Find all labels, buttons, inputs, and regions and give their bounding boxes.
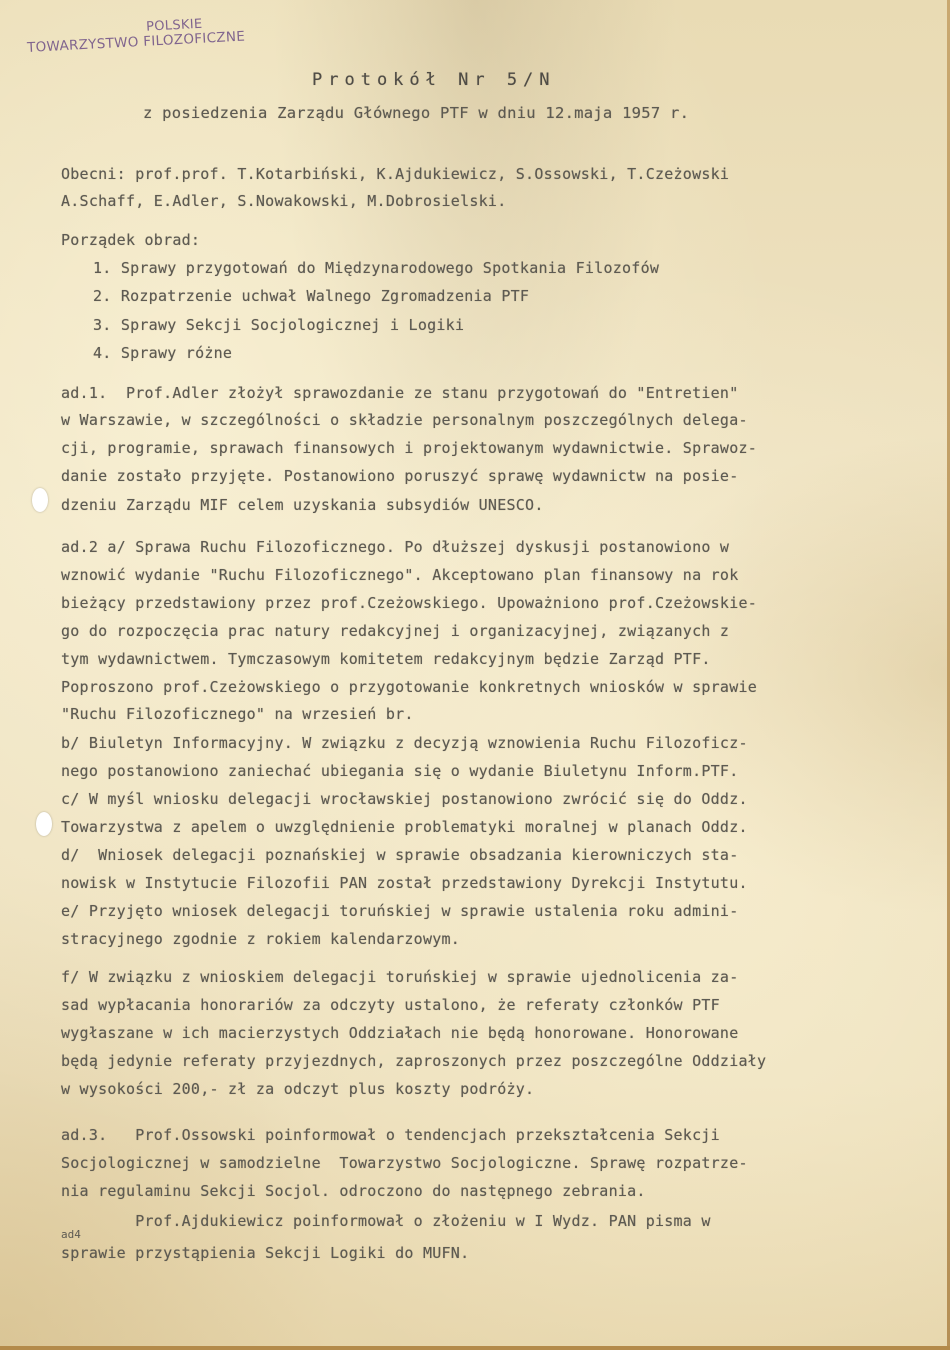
section-ad2-line: d/ Wniosek delegacji poznańskiej w spraw… bbox=[61, 846, 739, 864]
agenda-item: 1. Sprawy przygotowań do Międzynarodoweg… bbox=[93, 259, 659, 277]
section-ad2-line: b/ Biuletyn Informacyjny. W związku z de… bbox=[61, 734, 748, 752]
section-ad1-line: cji, programie, sprawach finansowych i p… bbox=[61, 439, 757, 457]
section-ad2-line: będą jedynie referaty przyjezdnych, zapr… bbox=[61, 1052, 766, 1070]
section-ad2-line: w wysokości 200,- zł za odczyt plus kosz… bbox=[61, 1080, 534, 1098]
section-ad2-line: go do rozpoczęcia prac natury redakcyjne… bbox=[61, 622, 729, 640]
section-ad3-line: Prof.Ajdukiewicz poinformował o złożeniu… bbox=[61, 1212, 711, 1230]
section-ad2-line: stracyjnego zgodnie z rokiem kalendarzow… bbox=[61, 930, 460, 948]
section-ad2-line: Poproszono prof.Czeżowskiego o przygotow… bbox=[61, 678, 757, 696]
section-ad2-line: nowisk w Instytucie Filozofii PAN został… bbox=[61, 874, 748, 892]
attendance-line: A.Schaff, E.Adler, S.Nowakowski, M.Dobro… bbox=[61, 192, 506, 210]
section-ad1-line: ad.1. Prof.Adler złożył sprawozdanie ze … bbox=[61, 384, 739, 402]
punch-hole bbox=[32, 488, 48, 512]
agenda-item: 2. Rozpatrzenie uchwał Walnego Zgromadze… bbox=[93, 287, 529, 305]
section-ad1-line: danie zostało przyjęte. Postanowiono por… bbox=[61, 467, 739, 485]
section-ad2-line: e/ Przyjęto wniosek delegacji toruńskiej… bbox=[61, 902, 739, 920]
section-ad2-line: nego postanowiono zaniechać ubiegania si… bbox=[61, 762, 739, 780]
section-ad3-line: ad.3. Prof.Ossowski poinformował o tende… bbox=[61, 1126, 720, 1144]
section-ad2-line: bieżący przedstawiony przez prof.Czeżows… bbox=[61, 594, 757, 612]
section-ad2-line: c/ W myśl wniosku delegacji wrocławskiej… bbox=[61, 790, 748, 808]
section-ad2-line: sad wypłacania honorariów za odczyty ust… bbox=[61, 996, 720, 1014]
section-ad2-line: ad.2 a/ Sprawa Ruchu Filozoficznego. Po … bbox=[61, 538, 729, 556]
section-ad3-line: sprawie przystąpienia Sekcji Logiki do M… bbox=[61, 1244, 469, 1262]
section-ad3-line: nia regulaminu Sekcji Socjol. odroczono … bbox=[61, 1182, 646, 1200]
section-ad2-line: Towarzystwa z apelem o uwzględnienie pro… bbox=[61, 818, 748, 836]
section-ad1-line: w Warszawie, w szczególności o składzie … bbox=[61, 411, 748, 429]
section-ad2-line: wygłaszane w ich macierzystych Oddziałac… bbox=[61, 1024, 739, 1042]
section-ad2-line: f/ W związku z wnioskiem delegacji toruń… bbox=[61, 968, 739, 986]
punch-hole bbox=[36, 812, 52, 836]
agenda-item: 4. Sprawy różne bbox=[93, 344, 232, 362]
section-ad3-line: Socjologicznej w samodzielne Towarzystwo… bbox=[61, 1154, 748, 1172]
margin-note: ad4 bbox=[61, 1228, 81, 1241]
section-ad2-line: tym wydawnictwem. Tymczasowym komitetem … bbox=[61, 650, 711, 668]
agenda-item: 3. Sprawy Sekcji Socjologicznej i Logiki bbox=[93, 316, 464, 334]
document-title: Protokół Nr 5/N bbox=[312, 70, 556, 90]
document-subtitle: z posiedzenia Zarządu Głównego PTF w dni… bbox=[143, 104, 689, 122]
section-ad1-line: dzeniu Zarządu MIF celem uzyskania subsy… bbox=[61, 496, 544, 514]
agenda-heading: Porządek obrad: bbox=[61, 231, 200, 249]
paper-edge bbox=[0, 1346, 950, 1350]
section-ad2-line: wznowić wydanie "Ruchu Filozoficznego". … bbox=[61, 566, 739, 584]
section-ad2-line: "Ruchu Filozoficznego" na wrzesień br. bbox=[61, 705, 414, 723]
attendance-line: Obecni: prof.prof. T.Kotarbiński, K.Ajdu… bbox=[61, 165, 729, 183]
